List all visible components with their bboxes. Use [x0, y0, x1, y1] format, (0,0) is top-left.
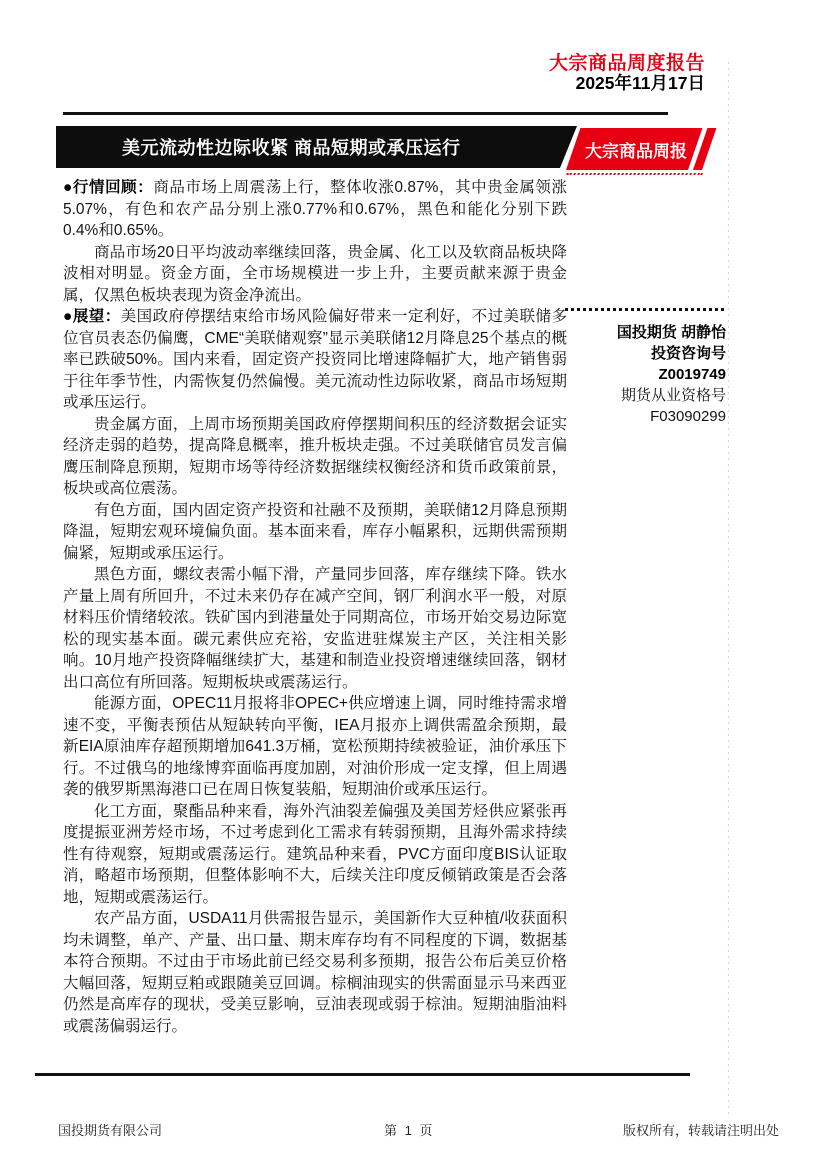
weekly-report-tag-label: 大宗商品周报 [585, 137, 697, 162]
outlook-paragraph-precious-metals: 贵金属方面，上周市场预期美国政府停摆期间积压的经济数据会证实经济走弱的趋势，提高… [63, 414, 567, 500]
outlook-paragraph-energy: 能源方面，OPEC11月报将非OPEC+供应增速上调，同时维持需求增速不变，平衡… [63, 693, 567, 801]
review-section-label: ●行情回顾： [63, 179, 153, 196]
report-page: 大宗商品周度报告 2025年11月17日 美元流动性边际收紧 商品短期或承压运行… [0, 0, 826, 1169]
analyst-dotted-separator [565, 308, 726, 311]
outlook-lead-paragraph: ●展望：美国政府停摆结束给市场风险偏好带来一定利好，不过美联储多位官员表态仍偏鹰… [63, 306, 567, 414]
page-footer: 国投期货有限公司 第 1 页 版权所有，转载请注明出处 [0, 1120, 826, 1140]
analyst-name: 国投期货 胡静怡 [617, 322, 726, 343]
advisor-number-value: Z0019749 [617, 364, 726, 385]
footer-company: 国投期货有限公司 [58, 1120, 162, 1139]
right-margin-dotted-line [728, 62, 729, 1114]
advisor-number-label: 投资咨询号 [617, 343, 726, 364]
outlook-section-label: ●展望： [63, 308, 121, 325]
outlook-paragraph-ferrous: 黑色方面，螺纹表需小幅下滑，产量同步回落，库存继续下降。铁水产量上周有所回升，不… [63, 564, 567, 693]
page-header: 大宗商品周度报告 2025年11月17日 [549, 54, 705, 93]
report-body: ●行情回顾：商品市场上周震荡上行，整体收涨0.87%，其中贵金属领涨5.07%，… [63, 177, 567, 1037]
review-paragraph: 商品市场20日平均波动率继续回落，贵金属、化工以及软商品板块降波相对明显。资金方… [63, 242, 567, 307]
analyst-info-block: 国投期货 胡静怡 投资咨询号 Z0019749 期货从业资格号 F0309029… [617, 322, 726, 427]
report-type-title: 大宗商品周度报告 [549, 54, 705, 74]
review-lead-paragraph: ●行情回顾：商品市场上周震荡上行，整体收涨0.87%，其中贵金属领涨5.07%，… [63, 177, 567, 242]
headline-title: 美元流动性边际收紧 商品短期或承压运行 [56, 134, 461, 160]
report-date: 2025年11月17日 [549, 74, 705, 93]
outlook-lead-text: 美国政府停摆结束给市场风险偏好带来一定利好，不过美联储多位官员表态仍偏鹰，CME… [63, 308, 567, 411]
footer-page-number: 第 1 页 [384, 1120, 434, 1139]
headline-banner: 美元流动性边际收紧 商品短期或承压运行 [56, 126, 577, 168]
practice-number-value: F03090299 [617, 406, 726, 427]
footer-copyright: 版权所有，转载请注明出处 [623, 1120, 779, 1139]
weekly-report-tag: 大宗商品周报 [566, 128, 716, 170]
outlook-paragraph-nonferrous: 有色方面，国内固定资产投资和社融不及预期，美联储12月降息预期降温，短期宏观环境… [63, 500, 567, 565]
header-divider-line [63, 112, 668, 115]
outlook-paragraph-chemicals: 化工方面，聚酯品种来看，海外汽油裂差偏强及美国芳烃供应紧张再度提振亚洲芳烃市场，… [63, 801, 567, 909]
outlook-paragraph-agriculture: 农产品方面，USDA11月供需报告显示，美国新作大豆种植/收获面积均未调整，单产… [63, 908, 567, 1037]
footer-divider-line [35, 1073, 690, 1076]
practice-number-label: 期货从业资格号 [617, 385, 726, 406]
